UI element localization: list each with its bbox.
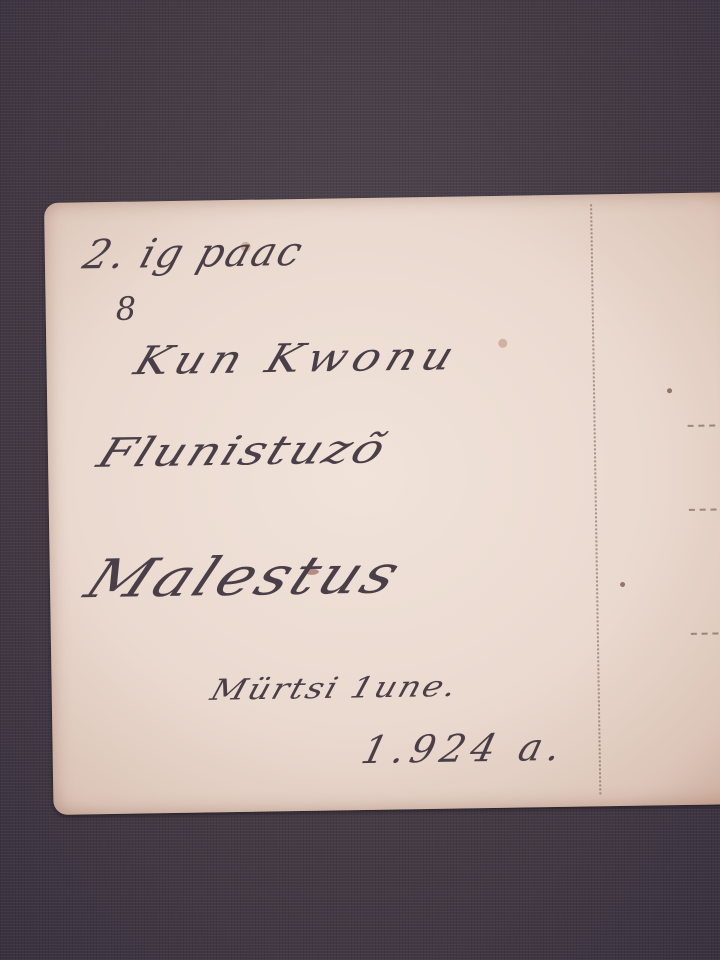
stain bbox=[667, 388, 672, 393]
stain bbox=[498, 339, 507, 348]
handwriting-line-4: Flunistuzõ bbox=[91, 425, 394, 476]
address-line bbox=[688, 424, 720, 427]
handwriting-line-3: Kun Kwonu bbox=[128, 332, 466, 383]
handwriting-date: Mürtsi 1une. bbox=[206, 669, 463, 707]
address-divider-dotted-line bbox=[590, 204, 601, 794]
handwriting-line-1: 2. ig paac bbox=[78, 229, 310, 279]
stain bbox=[620, 582, 625, 587]
handwriting-line-2: 8 bbox=[115, 290, 138, 328]
postcard: 2. ig paac 8 Kun Kwonu Flunistuzõ Malest… bbox=[44, 192, 720, 815]
address-line bbox=[689, 508, 720, 511]
address-line bbox=[691, 632, 720, 635]
handwriting-signature: Malestus bbox=[76, 543, 413, 610]
handwriting-year: 1.924 a. bbox=[357, 725, 572, 772]
